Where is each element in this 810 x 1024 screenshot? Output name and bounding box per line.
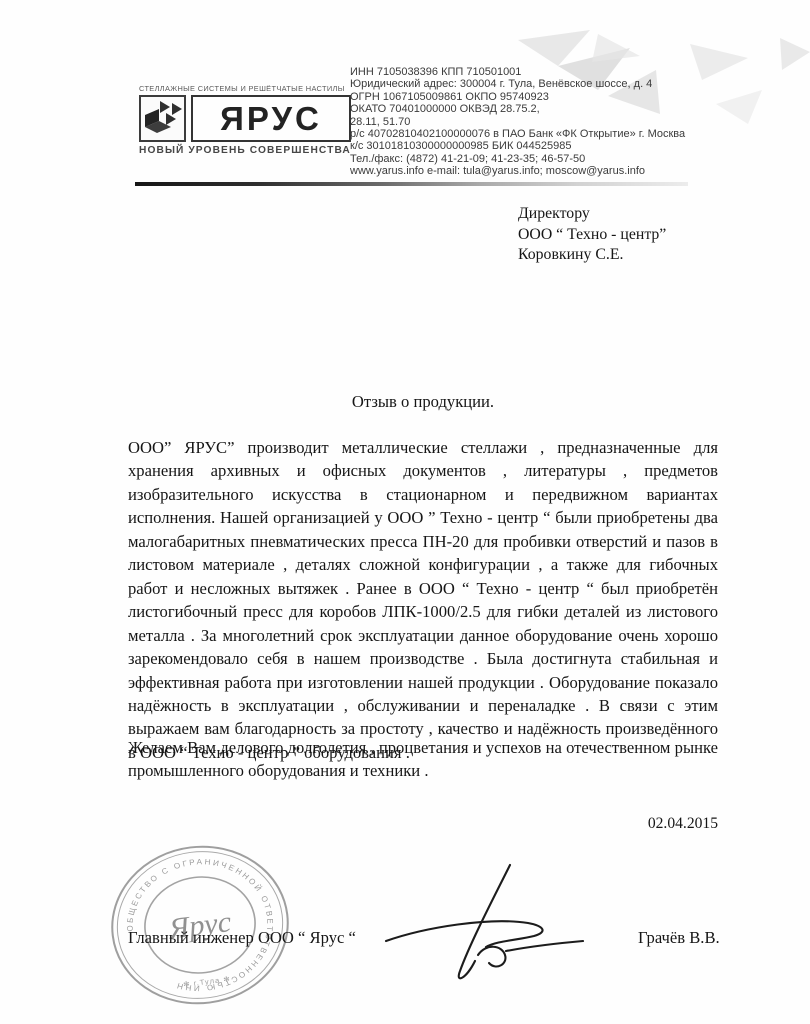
document-title: Отзыв о продукции. bbox=[128, 392, 718, 412]
logo-wordmark: ЯРУС bbox=[191, 95, 351, 142]
logo-tagline-top: СТЕЛЛАЖНЫЕ СИСТЕМЫ И РЕШЁТЧАТЫЕ НАСТИЛЫ bbox=[139, 84, 351, 93]
requisite-ogrn-okpo: ОГРН 1067105009861 ОКПО 95740923 bbox=[350, 91, 695, 103]
company-requisites: ИНН 7105038396 КПП 710501001 Юридический… bbox=[350, 66, 695, 178]
scanned-letter-page: СТЕЛЛАЖНЫЕ СИСТЕМЫ И РЕШЁТЧАТЫЕ НАСТИЛЫ … bbox=[0, 0, 810, 1024]
requisite-phone-fax: Тел./факс: (4872) 41-21-09; 41-23-35; 46… bbox=[350, 153, 695, 165]
addressee-block: Директору ООО “ Техно - центр” Коровкину… bbox=[518, 204, 666, 266]
logo-tagline-bottom: НОВЫЙ УРОВЕНЬ СОВЕРШЕНСТВА bbox=[139, 145, 351, 156]
logo-row: ЯРУС bbox=[139, 95, 351, 142]
requisite-corr-account: к/с 30101810300000000985 БИК 044525985 bbox=[350, 140, 695, 152]
company-logo-block: СТЕЛЛАЖНЫЕ СИСТЕМЫ И РЕШЁТЧАТЫЕ НАСТИЛЫ … bbox=[139, 84, 351, 156]
requisite-inn-kpp: ИНН 7105038396 КПП 710501001 bbox=[350, 66, 695, 78]
requisite-web-email: www.yarus.info e-mail: tula@yarus.info; … bbox=[350, 165, 695, 177]
signer-position: Главный инженер ООО “ Ярус “ bbox=[128, 928, 356, 948]
letterhead-divider bbox=[135, 182, 688, 186]
addressee-company: ООО “ Техно - центр” bbox=[518, 225, 666, 246]
requisite-address: Юридический адрес: 300004 г. Тула, Венёв… bbox=[350, 78, 695, 90]
signer-name: Грачёв В.В. bbox=[638, 928, 720, 948]
body-paragraph-1: ООО” ЯРУС” производит металлические стел… bbox=[128, 436, 718, 764]
company-round-stamp: ОБЩЕСТВО С ОГРАНИЧЕННОЙ ОТВЕТСТВЕННОСТЬЮ… bbox=[97, 831, 304, 1019]
document-date: 02.04.2015 bbox=[128, 815, 718, 833]
logo-mark-icon bbox=[139, 95, 186, 142]
requisite-okato-okved: ОКАТО 70401000000 ОКВЭД 28.75.2, bbox=[350, 103, 695, 115]
requisite-okved-extra: 28.11, 51.70 bbox=[350, 116, 695, 128]
handwritten-signature bbox=[378, 855, 588, 995]
addressee-role: Директору bbox=[518, 204, 666, 225]
addressee-person: Коровкину С.Е. bbox=[518, 245, 666, 266]
requisite-bank-account: р/с 40702810402100000076 в ПАО Банк «ФК … bbox=[350, 128, 695, 140]
body-paragraph-2: Желаем Вам делового долголетия , процвет… bbox=[128, 736, 718, 783]
